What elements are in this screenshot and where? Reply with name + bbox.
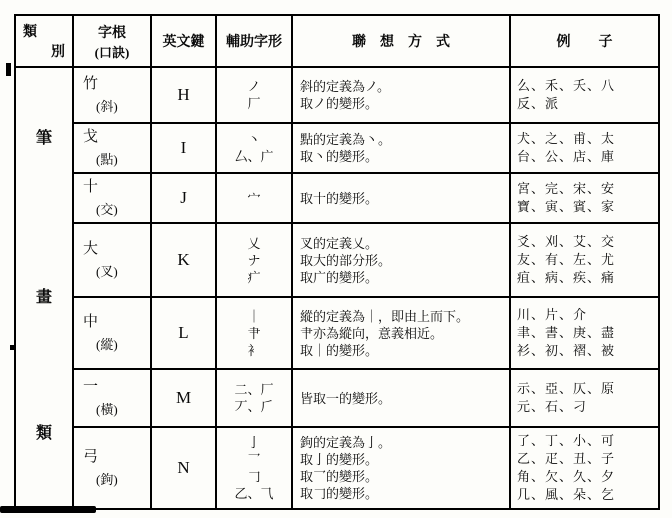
root-mnemonic: (叉) — [96, 262, 146, 281]
table-row: 十 (交) J 宀 取十的變形。 宮、完、宋、安 寶、寅、賓、家 — [15, 173, 659, 223]
key-cell: L — [151, 297, 216, 369]
root-mnemonic: (斜) — [96, 97, 146, 116]
association-cell: 取十的變形。 — [292, 173, 510, 223]
aux-cell: 宀 — [216, 173, 292, 223]
header-category: 類 別 — [15, 15, 73, 67]
key-cell: M — [151, 369, 216, 427]
aux-cell: ノ 厂 — [216, 67, 292, 123]
table-row: 筆 畫 類 竹 (斜) H ノ 厂 斜的定義為ノ。 取ノ的變形。 么、禾、夭、八… — [15, 67, 659, 123]
aux-cell: ｜ 肀 衤 — [216, 297, 292, 369]
root-mnemonic: (橫) — [96, 400, 146, 419]
header-root: 字根 (口訣) — [73, 15, 151, 67]
root-mnemonic: (縱) — [96, 335, 146, 354]
root-cell: 弓 (鉤) — [73, 427, 151, 509]
header-root-line1: 字根 — [78, 22, 146, 42]
aux-cell: 亅 乛 𠃌 乙、⺄ — [216, 427, 292, 509]
table-row: 中 (縱) L ｜ 肀 衤 縱的定義為｜，即由上而下。 肀亦為縱向，意義相近。 … — [15, 297, 659, 369]
root-mnemonic: (鉤) — [96, 470, 146, 489]
examples-cell: 犬、之、甫、太 台、公、店、庫 — [510, 123, 659, 173]
root-mnemonic: (交) — [96, 200, 146, 219]
aux-cell: 丶 厶、广 — [216, 123, 292, 173]
table-row: 大 (叉) K 乂 ナ 疒 叉的定義乂。 取大的部分形。 取广的變形。 爻、刈、… — [15, 223, 659, 297]
root-char: 中 — [83, 314, 98, 330]
header-root-line2: (口訣) — [78, 42, 146, 61]
cangjie-radical-table: 類 別 字根 (口訣) 英文鍵 輔助字形 聯 想 方 式 例 子 筆 畫 類 — [14, 14, 660, 510]
header-category-char1: 類 — [23, 21, 37, 41]
root-char: 十 — [83, 179, 98, 195]
key-cell: I — [151, 123, 216, 173]
category-char: 類 — [16, 420, 72, 443]
table-row: 戈 (點) I 丶 厶、广 點的定義為丶。 取丶的變形。 犬、之、甫、太 台、公… — [15, 123, 659, 173]
root-cell: 戈 (點) — [73, 123, 151, 173]
root-char: 弓 — [83, 449, 98, 465]
root-mnemonic: (點) — [96, 150, 146, 169]
root-char: 竹 — [83, 76, 98, 92]
scan-smudge — [6, 63, 11, 76]
scan-smudge — [0, 506, 96, 513]
header-row: 類 別 字根 (口訣) 英文鍵 輔助字形 聯 想 方 式 例 子 — [15, 15, 659, 67]
association-cell: 點的定義為丶。 取丶的變形。 — [292, 123, 510, 173]
aux-cell: 乂 ナ 疒 — [216, 223, 292, 297]
root-cell: 中 (縱) — [73, 297, 151, 369]
header-aux: 輔助字形 — [216, 15, 292, 67]
root-char: 大 — [83, 241, 98, 257]
association-cell: 縱的定義為｜，即由上而下。 肀亦為縱向，意義相近。 取｜的變形。 — [292, 297, 510, 369]
examples-cell: 宮、完、宋、安 寶、寅、賓、家 — [510, 173, 659, 223]
examples-cell: 示、亞、仄、原 元、石、刁 — [510, 369, 659, 427]
header-category-char2: 別 — [51, 41, 65, 61]
key-cell: J — [151, 173, 216, 223]
scan-smudge — [10, 345, 14, 350]
examples-cell: 爻、刈、艾、交 友、有、左、尤 疽、病、疾、痛 — [510, 223, 659, 297]
association-cell: 斜的定義為ノ。 取ノ的變形。 — [292, 67, 510, 123]
key-cell: N — [151, 427, 216, 509]
key-cell: K — [151, 223, 216, 297]
root-char: 戈 — [83, 129, 98, 145]
examples-cell: 么、禾、夭、八 反、派 — [510, 67, 659, 123]
table-row: 一 (橫) M 二、厂 丆、𠂆 皆取一的變形。 示、亞、仄、原 元、石、刁 — [15, 369, 659, 427]
examples-cell: 了、丁、小、可 乙、疋、丑、子 角、欠、久、夕 几、風、朵、乞 — [510, 427, 659, 509]
root-cell: 一 (橫) — [73, 369, 151, 427]
association-cell: 叉的定義乂。 取大的部分形。 取广的變形。 — [292, 223, 510, 297]
root-cell: 竹 (斜) — [73, 67, 151, 123]
table-row: 弓 (鉤) N 亅 乛 𠃌 乙、⺄ 鉤的定義為亅。 取亅的變形。 取乛的變形。 … — [15, 427, 659, 509]
header-examples: 例 子 — [510, 15, 659, 67]
category-char: 畫 — [16, 284, 72, 307]
key-cell: H — [151, 67, 216, 123]
scanned-document-page: 類 別 字根 (口訣) 英文鍵 輔助字形 聯 想 方 式 例 子 筆 畫 類 — [0, 0, 672, 518]
association-cell: 皆取一的變形。 — [292, 369, 510, 427]
category-char: 筆 — [16, 125, 72, 148]
root-cell: 大 (叉) — [73, 223, 151, 297]
root-cell: 十 (交) — [73, 173, 151, 223]
aux-cell: 二、厂 丆、𠂆 — [216, 369, 292, 427]
association-cell: 鉤的定義為亅。 取亅的變形。 取乛的變形。 取𠃌的變形。 — [292, 427, 510, 509]
header-association: 聯 想 方 式 — [292, 15, 510, 67]
header-key: 英文鍵 — [151, 15, 216, 67]
root-char: 一 — [83, 379, 98, 395]
category-column: 筆 畫 類 — [15, 67, 73, 509]
examples-cell: 川、片、介 聿、書、庚、盡 衫、初、褶、被 — [510, 297, 659, 369]
